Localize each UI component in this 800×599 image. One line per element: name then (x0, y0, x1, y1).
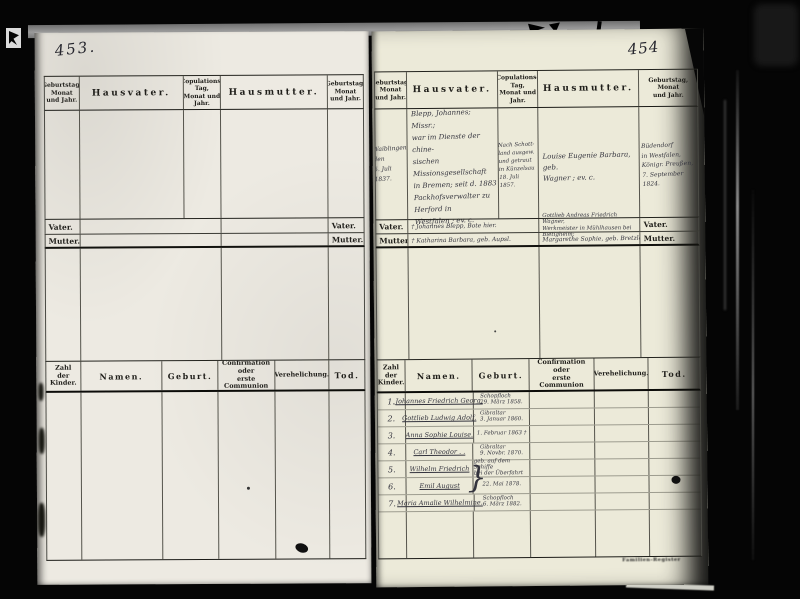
header-cell-birth: Geburtstag, Monat und Jahr. (375, 72, 407, 108)
child-name-cell: Wilhelm Friedrich (406, 461, 474, 478)
birth-header-label: Geburtstag, Monat und Jahr. (45, 82, 80, 105)
empty-cell (328, 109, 363, 217)
entry-hausvater-text: Blepp, Johannes; Missr.; war im Dienste … (405, 99, 500, 228)
copulation-header-label: Copulations- Tag, Monat und Jahr. (498, 74, 538, 104)
mutter-label: Mutter. (644, 233, 675, 242)
namen-header-label: Namen. (417, 370, 461, 380)
child-birth: Schopfloch 29. März 1858. (480, 394, 523, 406)
left-header-row: Geburtstag, Monat und Jahr. Hausvater. C… (44, 74, 364, 111)
scan-artifact (39, 428, 45, 454)
ink-speck (494, 330, 496, 332)
brace-mark: } (467, 460, 486, 495)
vater-label: Vater. (332, 221, 356, 230)
zahl-header-label: Zahl der Kinder. (378, 364, 405, 388)
left-vater-row: Vater. Vater. (45, 217, 365, 234)
mutter-label-cell: Mutter. (641, 232, 699, 245)
geburt-header-label: Geburt. (479, 370, 524, 380)
child-birth: Schopfloch 6. März 1882. (483, 496, 522, 508)
empty-cell (595, 425, 650, 441)
header-cell-birth: Geburtstag, Monat und Jahr. (45, 77, 80, 110)
birth-header-label: Geburtstag, Monat und Jahr. (328, 80, 363, 103)
empty-cell (649, 425, 700, 441)
hausmutter-header-label: Hausmutter. (543, 83, 634, 94)
empty-cell (407, 512, 475, 559)
empty-cell (474, 511, 531, 557)
book-fore-edge-highlight (724, 100, 726, 310)
empty-cell (46, 249, 81, 361)
left-entry-row (44, 109, 365, 219)
hausvater-header-label: Hausvater. (413, 84, 492, 95)
vater-hausvater-cell: † Johannes Blepp, Bote hier. (408, 219, 539, 233)
entry-hausmutter-cell: Louise Eugenie Barbara, geb. Wagner ; ev… (538, 107, 640, 218)
right-page: 454 Geburtstag, Monat und Jahr. Hausvate… (372, 29, 709, 588)
entry-copulation-text: Nach Schott- land ausgew. und getraut in… (499, 137, 537, 190)
child-name-cell: Maria Amalie Wilhelmine. (406, 495, 474, 512)
mutter-hausmutter-cell: Margarethe Sophie, geb. Bretzlen. (539, 232, 640, 245)
right-children-header: Zahl der Kinder. Namen. Geburt. Confirma… (376, 357, 700, 394)
entry-copulation-cell: Nach Schott- land ausgew. und getraut in… (499, 108, 540, 218)
empty-cell (45, 111, 80, 219)
child-number-cell: 3. (378, 427, 406, 443)
empty-cell (595, 459, 650, 475)
mutter-hausmutter-text: Margarethe Sophie, geb. Bretzlen. (542, 234, 640, 243)
right-children-body: 1. Johannes Friedrich Georg. Schopfloch … (377, 391, 702, 560)
geburt-header-label: Geburt. (168, 370, 213, 380)
entry-hausmutter-birth-cell: Büdendorf in Westfalen, Königr. Preußen,… (640, 107, 699, 217)
ink-blot (671, 476, 680, 484)
empty-cell (641, 246, 700, 357)
empty-cell (595, 476, 650, 492)
empty-cell (531, 477, 596, 494)
child-name-cell: Emil August (406, 478, 474, 495)
copulation-header-label: Copulations- Tag, Monat und Jahr. (184, 77, 221, 107)
printer-imprint: Familien-Register (622, 557, 681, 564)
child-name: Maria Amalie Wilhelmine. (397, 499, 483, 508)
mutter-hausvater-cell: † Katharina Barbara, geb. Aupsl. (408, 233, 539, 246)
child-name-cell: Gottlieb Ludwig Adolf. (406, 410, 474, 427)
empty-cell (221, 109, 329, 218)
namen-header-label: Namen. (100, 371, 144, 381)
mutter-label: Mutter. (379, 236, 408, 245)
empty-cell (376, 248, 409, 359)
child-name: Johannes Friedrich Georg. (395, 397, 482, 406)
empty-cell (595, 408, 650, 424)
ink-speck (247, 487, 250, 490)
empty-cell (46, 393, 82, 560)
empty-cell (184, 110, 221, 218)
tod-header-label: Tod. (335, 370, 360, 380)
empty-cell (530, 443, 595, 460)
header-cell-geburt: Geburt. (473, 359, 530, 390)
header-cell-birth2: Geburtstag, Monat und Jahr. (328, 75, 363, 108)
verehelichung-header-label: Verehelichung. (594, 370, 648, 378)
empty-cell (649, 391, 700, 407)
hausvater-header-label: Hausvater. (92, 88, 171, 98)
book-fore-edge-highlight (752, 190, 754, 560)
entry-hausmutter-text: Louise Eugenie Barbara, geb. Wagner ; ev… (538, 141, 639, 185)
right-entry-row: Waiblingen den 5. Juli 1837. Blepp, Joha… (374, 107, 699, 220)
child-name: Gottlieb Ludwig Adolf. (402, 414, 476, 423)
header-cell-verehelichung: Verehelichung. (275, 360, 330, 389)
mutter-label-cell: Mutter. (46, 235, 81, 247)
header-cell-tod: Tod. (329, 360, 364, 389)
empty-cell (222, 247, 330, 360)
child-birth: 22. Mai 1878. (482, 482, 521, 488)
child-birth: 1. Februar 1863 † (477, 431, 527, 437)
empty-cell (80, 248, 222, 361)
child-name-cell: Anna Sophie Louise. (406, 427, 474, 444)
entry-birth-text: Waiblingen den 5. Juli 1837. (375, 143, 408, 185)
mutter-label: Mutter. (332, 235, 363, 244)
hausmutter-header-label: Hausmutter. (229, 87, 320, 97)
child-name-cell: Carl Theodor . . (406, 444, 474, 461)
header-cell-confirmation: Confirmation oder erste Communion (218, 361, 275, 390)
empty-cell (530, 426, 595, 443)
header-cell-copulation: Copulations- Tag, Monat und Jahr. (184, 76, 221, 109)
page-number-right: 454 (627, 38, 660, 59)
empty-cell (650, 510, 701, 556)
empty-cell (649, 442, 700, 458)
child-number-cell: 6. (378, 478, 406, 494)
child-name-cell: Johannes Friedrich Georg. (406, 393, 474, 410)
child-birth-cell: Gibraltar 9. Novbr. 1870. (474, 443, 531, 459)
vater-label-cell: Vater. (641, 218, 699, 232)
empty-cell (408, 247, 540, 359)
empty-cell (80, 110, 185, 219)
child-number: 1. (387, 397, 395, 406)
scan-artifact (38, 503, 45, 537)
vater-label: Vater. (49, 222, 73, 231)
vater-label-cell: Vater. (329, 218, 364, 232)
entry-hausmutter-birth-text: Büdendorf in Westfalen, Königr. Preußen,… (640, 134, 695, 190)
empty-cell (221, 218, 328, 233)
empty-cell (218, 392, 276, 559)
child-number: 4. (388, 448, 396, 457)
header-cell-birth2: Geburtstag, Monat und Jahr. (639, 70, 697, 107)
child-name: Emil August (419, 482, 459, 490)
child-birth-cell: 1. Februar 1863 † (474, 426, 531, 442)
vater-hausmutter-cell: Gottlieb Andreas Friedrich Wagner, Werkm… (539, 218, 640, 232)
left-page: 453. Geburtstag, Monat und Jahr. Hausvat… (35, 31, 372, 585)
empty-cell (530, 409, 595, 426)
child-number: 3. (388, 431, 396, 440)
empty-cell (530, 460, 595, 477)
header-cell-copulation: Copulations- Tag, Monat und Jahr. (498, 71, 538, 107)
mutter-label-cell: Mutter. (329, 233, 364, 245)
entry-birth-cell: Waiblingen den 5. Juli 1837. (375, 109, 408, 219)
child-birth: Gibraltar 3. Januar 1860. (480, 411, 523, 423)
empty-cell (163, 392, 220, 559)
vater-label: Vater. (379, 222, 403, 231)
birth-header-label: Geburtstag, Monat und Jahr. (648, 76, 688, 99)
child-birth-cell: Gibraltar 3. Januar 1860. (474, 409, 531, 425)
empty-cell (530, 392, 595, 409)
vater-label-cell: Vater. (46, 220, 81, 234)
scan-shadow (754, 4, 798, 66)
mutter-label-cell: Mutter. (376, 234, 408, 246)
empty-cell (595, 510, 650, 556)
header-cell-namen: Namen. (81, 361, 163, 390)
confirmation-header-label: Confirmation oder erste Communion (530, 359, 594, 391)
empty-cell (649, 408, 700, 424)
empty-cell (330, 391, 366, 558)
child-number: 2. (387, 414, 395, 423)
left-children-header: Zahl der Kinder. Namen. Geburt. Confirma… (45, 359, 365, 393)
left-children-body (45, 391, 366, 561)
empty-cell (531, 511, 596, 558)
child-name: Carl Theodor . . (413, 448, 465, 456)
header-cell-hausmutter: Hausmutter. (538, 70, 640, 107)
left-mutter-row: Mutter. Mutter. (45, 232, 365, 249)
header-cell-namen: Namen. (405, 360, 473, 392)
empty-cell (80, 219, 221, 234)
empty-child-rows (379, 510, 701, 559)
header-cell-verehelichung: Verehelichung. (594, 358, 649, 389)
empty-cell (595, 493, 650, 509)
verehelichung-header-label: Verehelichung. (275, 371, 329, 379)
child-birth-cell: Schopfloch 6. März 1882. (474, 494, 531, 510)
header-cell-tod: Tod. (649, 358, 700, 389)
empty-cell (81, 392, 163, 559)
empty-cell (329, 247, 364, 359)
header-cell-hausvater: Hausvater. (80, 76, 185, 110)
child-name: Wilhelm Friedrich (410, 465, 470, 474)
empty-cell (650, 459, 701, 475)
child-birth-cell: Schopfloch 29. März 1858. (474, 392, 531, 408)
tod-header-label: Tod. (662, 368, 687, 378)
empty-cell (531, 494, 596, 511)
vater-label: Vater. (644, 220, 668, 229)
zahl-header-label: Zahl der Kinder. (50, 364, 77, 388)
child-number-cell: 4. (378, 444, 406, 460)
scan-corner-notch (6, 28, 21, 48)
page-number-left: 453. (54, 37, 97, 59)
empty-cell (275, 391, 331, 558)
entry-hausvater-cell: Blepp, Johannes; Missr.; war im Dienste … (407, 108, 499, 219)
empty-cell (595, 391, 650, 407)
header-cell-hausmutter: Hausmutter. (221, 75, 328, 109)
right-parents-area (375, 246, 700, 360)
header-cell-zahl: Zahl der Kinder. (377, 360, 405, 391)
empty-cell (80, 234, 221, 247)
mutter-hausvater-text: † Katharina Barbara, geb. Aupsl. (411, 235, 511, 244)
header-cell-zahl: Zahl der Kinder. (46, 362, 81, 391)
empty-cell (650, 493, 701, 509)
header-cell-geburt: Geburt. (163, 361, 219, 390)
ink-mark-icon (9, 31, 19, 45)
book-fore-edge-highlight (736, 70, 739, 410)
birth-header-label: Geburtstag, Monat und Jahr. (375, 79, 407, 102)
vater-label-cell: Vater. (376, 220, 408, 233)
child-number: 5. (388, 465, 396, 474)
child-number: 6. (388, 482, 396, 491)
scan-artifact (38, 383, 43, 401)
child-number: 7. (388, 499, 396, 508)
left-parents-area (45, 247, 366, 361)
child-birth: Gibraltar 9. Novbr. 1870. (480, 445, 523, 457)
header-cell-confirmation: Confirmation oder erste Communion (530, 359, 595, 391)
empty-cell (539, 246, 641, 358)
mutter-label: Mutter. (49, 236, 80, 245)
empty-cell (379, 512, 407, 558)
vater-hausvater-text: † Johannes Blepp, Bote hier. (411, 222, 496, 230)
scanned-register-spread: 453. Geburtstag, Monat und Jahr. Hausvat… (0, 0, 800, 599)
child-name: Anna Sophie Louise. (406, 431, 474, 440)
empty-cell (222, 233, 329, 246)
empty-cell (595, 442, 650, 458)
child-number-cell: 5. (378, 461, 406, 477)
confirmation-header-label: Confirmation oder erste Communion (218, 361, 274, 390)
